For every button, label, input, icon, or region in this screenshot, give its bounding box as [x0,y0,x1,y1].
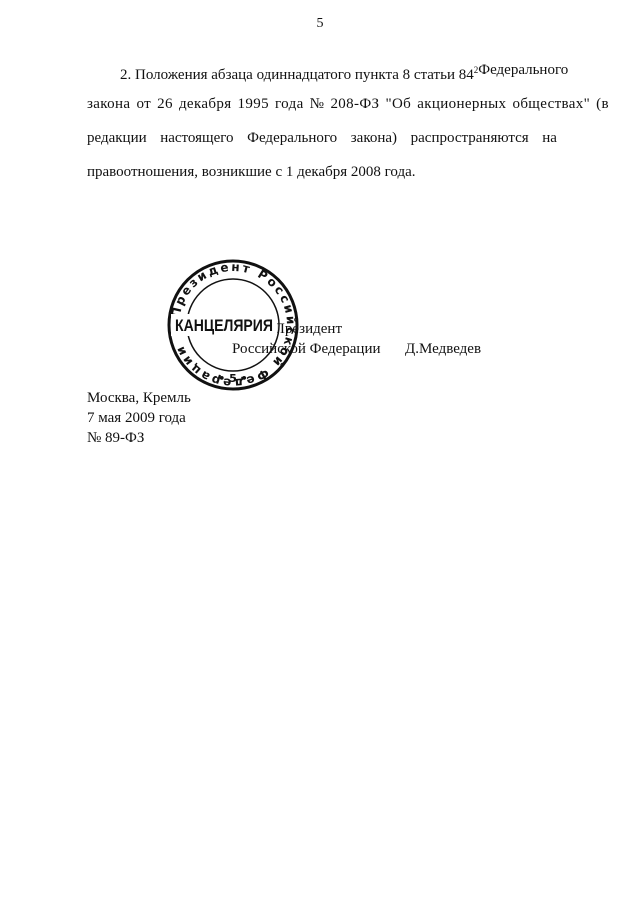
page-number: 5 [0,16,640,32]
line1-tail: Федерального [478,53,568,87]
law-number: № 89-ФЗ [87,428,191,448]
paragraph-2: 2. Положения абзаца одиннадцатого пункта… [87,53,557,189]
place: Москва, Кремль [87,388,191,408]
place-date-block: Москва, Кремль 7 мая 2009 года № 89-ФЗ [87,388,191,448]
word: распространяются [411,121,529,155]
svg-text:• 5 •: • 5 • [218,372,247,385]
word: Федерального [247,121,337,155]
paragraph-line-4: правоотношения, возникшие с 1 декабря 20… [87,155,557,189]
signature-name: Д.Медведев [405,341,481,358]
paragraph-line-3: редакции настоящего Федерального закона)… [87,121,557,155]
date: 7 мая 2009 года [87,408,191,428]
word: закона) [351,121,397,155]
word: редакции [87,121,147,155]
paragraph-line-2: закона от 26 декабря 1995 года № 208-ФЗ … [87,87,557,121]
word: настоящего [160,121,233,155]
stamp-number: 5 [229,372,237,385]
official-stamp: Президент Российской Федерации • 5 • КАН… [166,258,300,392]
word: на [542,121,557,155]
stamp-center-text: КАНЦЕЛЯРИЯ [175,316,273,335]
line1-text: 2. Положения абзаца одиннадцатого пункта… [120,67,474,83]
paragraph-line-1: 2. Положения абзаца одиннадцатого пункта… [87,53,557,87]
